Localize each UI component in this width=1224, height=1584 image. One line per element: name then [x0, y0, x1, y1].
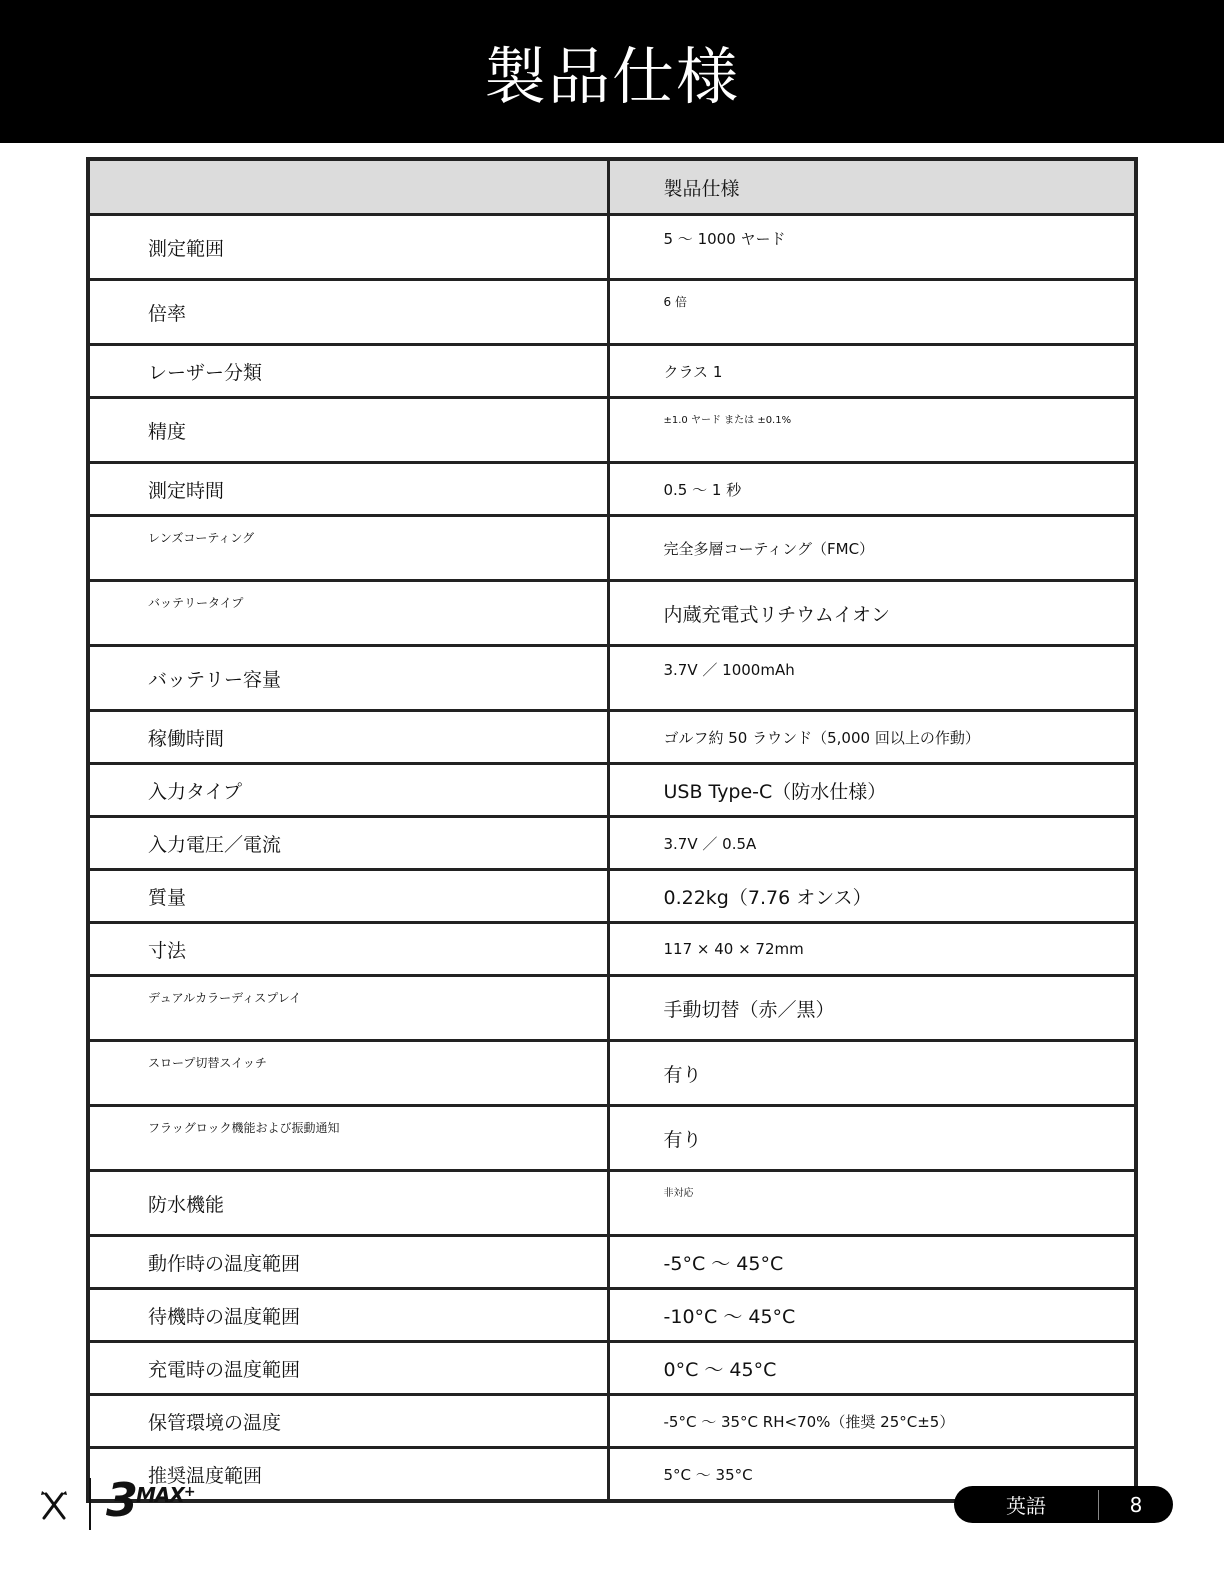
table-row: レーザー分類 クラス 1: [88, 345, 1136, 398]
row-value: 3.7V ／ 1000mAh: [608, 646, 1136, 711]
row-label: 質量: [88, 870, 608, 923]
row-label: 倍率: [88, 280, 608, 345]
row-value: 有り: [608, 1041, 1136, 1106]
brand-logo-plus: +: [184, 1484, 196, 1500]
page-footer: 3MAX+ 英語 8: [0, 1470, 1224, 1540]
row-value: 完全多層コーティング（FMC）: [608, 516, 1136, 581]
row-value: 5 〜 1000 ヤード: [608, 215, 1136, 280]
row-label: バッテリータイプ: [88, 581, 608, 646]
table-row: 入力タイプ USB Type-C（防水仕様）: [88, 764, 1136, 817]
row-label: フラッグロック機能および振動通知: [88, 1106, 608, 1171]
row-value: 有り: [608, 1106, 1136, 1171]
row-label: レンズコーティング: [88, 516, 608, 581]
row-label: デュアルカラーディスプレイ: [88, 976, 608, 1041]
row-label: 測定範囲: [88, 215, 608, 280]
row-value: 内蔵充電式リチウムイオン: [608, 581, 1136, 646]
page-header: 製品仕様: [0, 0, 1224, 143]
row-value: クラス 1: [608, 345, 1136, 398]
row-label: 保管環境の温度: [88, 1395, 608, 1448]
spec-table: 製品仕様 測定範囲 5 〜 1000 ヤード 倍率 6 倍 レーザー分類 クラス…: [86, 157, 1138, 1503]
row-value: ±1.0 ヤード または ±0.1%: [608, 398, 1136, 463]
table-row: 待機時の温度範囲 -10°C 〜 45°C: [88, 1289, 1136, 1342]
table-row: 入力電圧／電流 3.7V ／ 0.5A: [88, 817, 1136, 870]
language-label: 英語: [954, 1490, 1098, 1519]
row-label: 入力電圧／電流: [88, 817, 608, 870]
crossed-clubs-icon: [38, 1488, 70, 1520]
row-label: 動作時の温度範囲: [88, 1236, 608, 1289]
brand-logo-three: 3: [106, 1473, 136, 1527]
row-value: 3.7V ／ 0.5A: [608, 817, 1136, 870]
row-label: バッテリー容量: [88, 646, 608, 711]
row-value: -10°C 〜 45°C: [608, 1289, 1136, 1342]
row-value: -5°C 〜 35°C RH<70%（推奨 25°C±5）: [608, 1395, 1136, 1448]
brand-logo-max: MAX: [136, 1483, 184, 1507]
table-row: デュアルカラーディスプレイ 手動切替（赤／黒）: [88, 976, 1136, 1041]
row-value: 非対応: [608, 1171, 1136, 1236]
row-label: スロープ切替スイッチ: [88, 1041, 608, 1106]
table-row: 稼働時間 ゴルフ約 50 ラウンド（5,000 回以上の作動）: [88, 711, 1136, 764]
table-row: 質量 0.22kg（7.76 オンス）: [88, 870, 1136, 923]
logo-divider: [89, 1478, 91, 1530]
row-value: 0.5 〜 1 秒: [608, 463, 1136, 516]
table-row: 倍率 6 倍: [88, 280, 1136, 345]
row-label: レーザー分類: [88, 345, 608, 398]
row-label: 入力タイプ: [88, 764, 608, 817]
table-row: 精度 ±1.0 ヤード または ±0.1%: [88, 398, 1136, 463]
table-row: レンズコーティング 完全多層コーティング（FMC）: [88, 516, 1136, 581]
row-value: ゴルフ約 50 ラウンド（5,000 回以上の作動）: [608, 711, 1136, 764]
row-label: 測定時間: [88, 463, 608, 516]
table-row: 保管環境の温度 -5°C 〜 35°C RH<70%（推奨 25°C±5）: [88, 1395, 1136, 1448]
row-label: 防水機能: [88, 1171, 608, 1236]
row-value: 117 × 40 × 72mm: [608, 923, 1136, 976]
table-row: 防水機能 非対応: [88, 1171, 1136, 1236]
table-row: 寸法 117 × 40 × 72mm: [88, 923, 1136, 976]
page-title: 製品仕様: [484, 27, 740, 116]
column-header-item: [88, 159, 608, 215]
table-row: スロープ切替スイッチ 有り: [88, 1041, 1136, 1106]
brand-logo: 3MAX+: [106, 1476, 196, 1524]
page-indicator: 英語 8: [954, 1486, 1173, 1523]
row-label: 待機時の温度範囲: [88, 1289, 608, 1342]
row-value: USB Type-C（防水仕様）: [608, 764, 1136, 817]
row-value: 6 倍: [608, 280, 1136, 345]
table-row: バッテリータイプ 内蔵充電式リチウムイオン: [88, 581, 1136, 646]
table-row: 測定範囲 5 〜 1000 ヤード: [88, 215, 1136, 280]
row-label: 寸法: [88, 923, 608, 976]
row-value: 0°C 〜 45°C: [608, 1342, 1136, 1395]
row-label: 稼働時間: [88, 711, 608, 764]
row-value: 手動切替（赤／黒）: [608, 976, 1136, 1041]
row-label: 充電時の温度範囲: [88, 1342, 608, 1395]
column-header-spec: 製品仕様: [608, 159, 1136, 215]
table-row: 充電時の温度範囲 0°C 〜 45°C: [88, 1342, 1136, 1395]
table-row: フラッグロック機能および振動通知 有り: [88, 1106, 1136, 1171]
table-header-row: 製品仕様: [88, 159, 1136, 215]
row-label: 精度: [88, 398, 608, 463]
row-value: -5°C 〜 45°C: [608, 1236, 1136, 1289]
table-row: 動作時の温度範囲 -5°C 〜 45°C: [88, 1236, 1136, 1289]
row-value: 0.22kg（7.76 オンス）: [608, 870, 1136, 923]
table-row: バッテリー容量 3.7V ／ 1000mAh: [88, 646, 1136, 711]
page-number: 8: [1099, 1493, 1173, 1517]
table-row: 測定時間 0.5 〜 1 秒: [88, 463, 1136, 516]
